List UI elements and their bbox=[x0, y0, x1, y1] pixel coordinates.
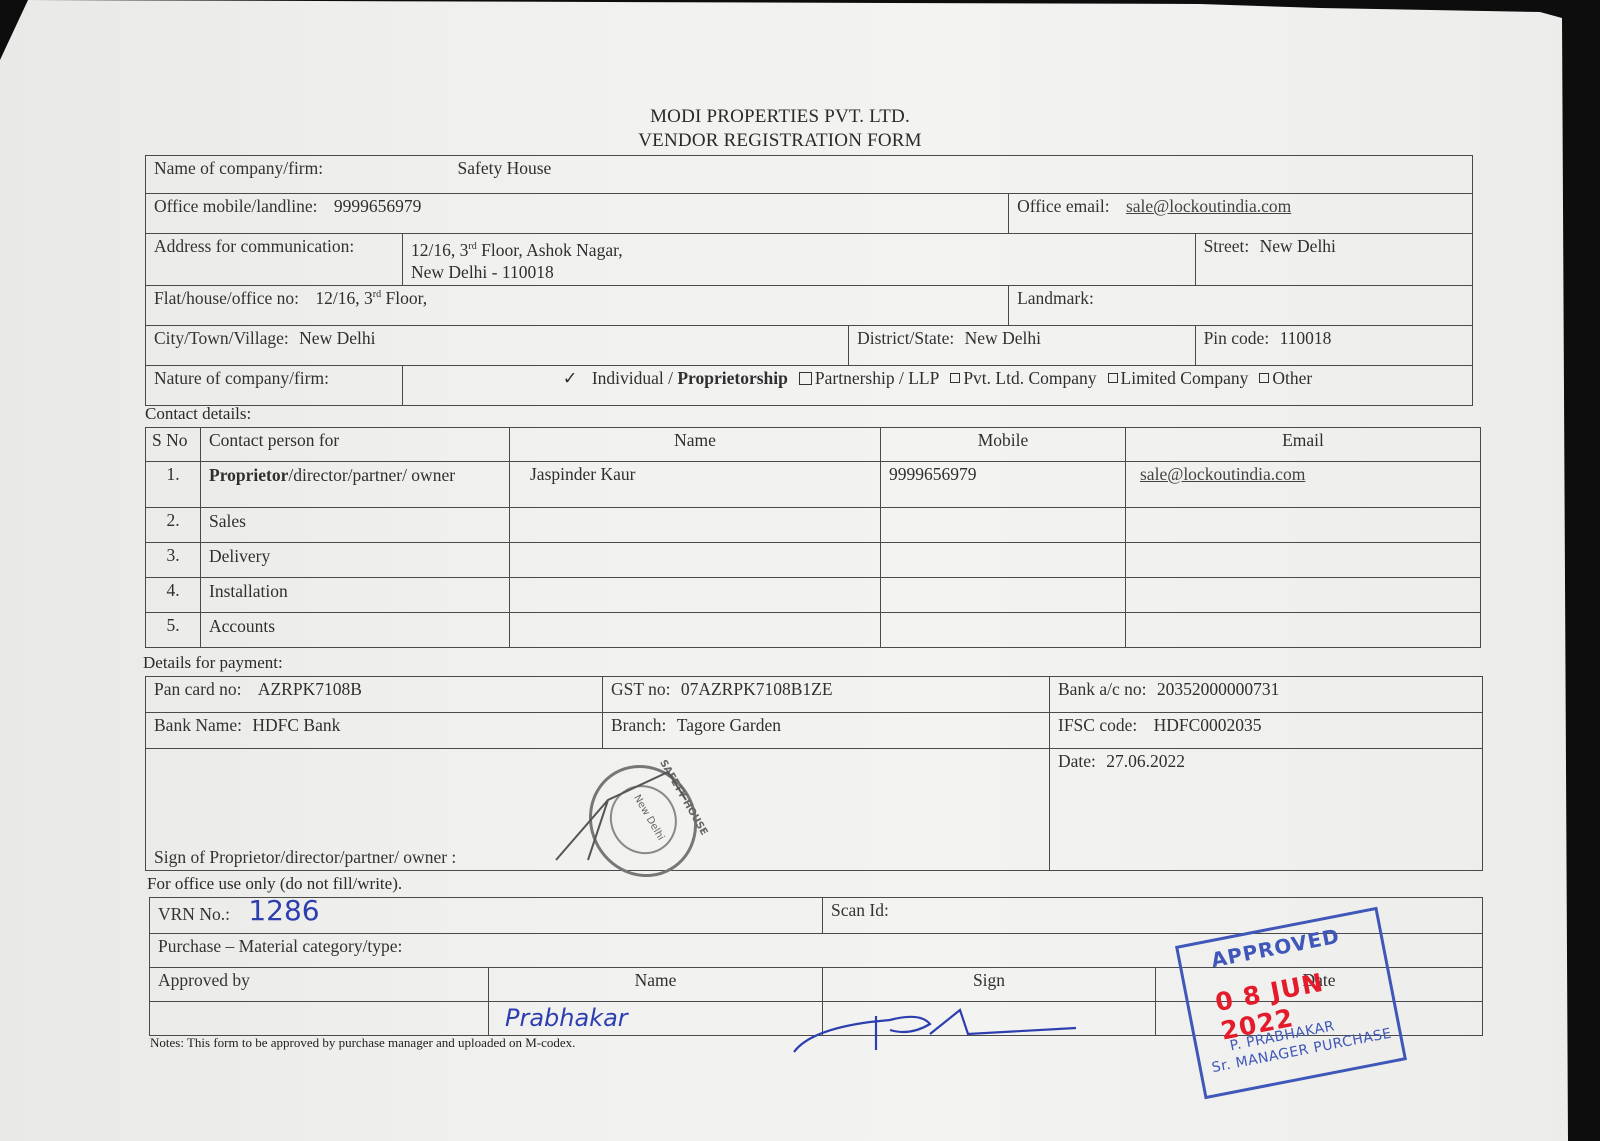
landmark-field: Landmark: bbox=[1009, 285, 1473, 325]
gst-value: 07AZRPK7108B1ZE bbox=[681, 679, 833, 699]
ifsc-field: IFSC code: HDFC0002035 bbox=[1050, 713, 1483, 749]
scan-id-label: Scan Id: bbox=[831, 900, 889, 920]
cell-name bbox=[510, 543, 881, 578]
pan-label: Pan card no: bbox=[154, 679, 241, 699]
account-field: Bank a/c no: 20352000000731 bbox=[1050, 677, 1483, 713]
branch-label: Branch: bbox=[611, 715, 666, 735]
district-field: District/State: New Delhi bbox=[849, 325, 1196, 365]
cell-mobile bbox=[881, 613, 1126, 648]
flat-value: 12/16, 3rd Floor, bbox=[315, 288, 427, 308]
city-field: City/Town/Village: New Delhi bbox=[146, 325, 849, 365]
cell-sno: 2. bbox=[146, 508, 201, 543]
branch-field: Branch: Tagore Garden bbox=[603, 713, 1050, 749]
nature-option-label: Limited Company bbox=[1121, 368, 1249, 388]
cell-sno: 3. bbox=[146, 543, 201, 578]
office-mobile-field: Office mobile/landline: 9999656979 bbox=[146, 194, 1009, 234]
district-label: District/State: bbox=[857, 328, 954, 348]
cell-contact-role: Installation bbox=[201, 578, 510, 613]
vrn-value-handwritten: 1286 bbox=[248, 894, 319, 927]
nature-option-label: Individual / bbox=[592, 368, 678, 388]
nature-option-1[interactable]: Partnership / LLP bbox=[796, 368, 939, 388]
cell-mobile bbox=[881, 508, 1126, 543]
role-text: Installation bbox=[209, 581, 288, 601]
role-bold: Proprietor bbox=[209, 465, 288, 485]
flat-label: Flat/house/office no: bbox=[154, 288, 299, 308]
nature-option-3[interactable]: Limited Company bbox=[1105, 368, 1249, 388]
flat-field: Flat/house/office no: 12/16, 3rd Floor, bbox=[146, 285, 1009, 325]
contact-section-label: Contact details: bbox=[145, 404, 251, 424]
address-value-cell: 12/16, 3rd Floor, Ashok Nagar, New Delhi… bbox=[403, 234, 1196, 286]
role-text: Sales bbox=[209, 511, 246, 531]
header-sno: S No bbox=[146, 428, 201, 462]
table-row: 5.Accounts bbox=[146, 613, 1481, 648]
bank-name-label: Bank Name: bbox=[154, 715, 242, 735]
cell-contact-role: Accounts bbox=[201, 613, 510, 648]
table-row: 2.Sales bbox=[146, 508, 1481, 543]
header-contact-person: Contact person for bbox=[201, 428, 510, 462]
office-email-label: Office email: bbox=[1017, 196, 1109, 216]
approver-name-handwritten: Prabhakar bbox=[505, 1004, 628, 1032]
role-text: Delivery bbox=[209, 546, 270, 566]
gst-field: GST no: 07AZRPK7108B1ZE bbox=[603, 677, 1050, 713]
cell-email bbox=[1126, 613, 1481, 648]
table-row: 3.Delivery bbox=[146, 543, 1481, 578]
cell-mobile bbox=[881, 543, 1126, 578]
checkbox-icon[interactable] bbox=[799, 372, 812, 385]
vrn-label: VRN No.: bbox=[158, 904, 230, 924]
approver-empty-cell bbox=[150, 1002, 489, 1036]
city-value: New Delhi bbox=[299, 328, 375, 348]
nature-option-label: Partnership / LLP bbox=[815, 368, 939, 388]
header-name: Name bbox=[510, 428, 881, 462]
cell-name: Jaspinder Kaur bbox=[510, 462, 881, 508]
cell-sno: 5. bbox=[146, 613, 201, 648]
office-mobile-label: Office mobile/landline: bbox=[154, 196, 317, 216]
table-row: 1.Proprietor/director/partner/ ownerJasp… bbox=[146, 462, 1481, 508]
branch-value: Tagore Garden bbox=[677, 715, 781, 735]
date-field: Date: 27.06.2022 bbox=[1050, 749, 1483, 871]
nature-options: ✓ Individual / ProprietorshipPartnership… bbox=[403, 365, 1473, 405]
date-value: 27.06.2022 bbox=[1106, 751, 1185, 771]
vendor-details-table: Name of company/firm: Safety House Offic… bbox=[145, 155, 1473, 406]
account-value: 20352000000731 bbox=[1157, 679, 1280, 699]
cell-contact-role: Sales bbox=[201, 508, 510, 543]
company-name-label: Name of company/firm: bbox=[154, 158, 323, 178]
approver-name-header: Name bbox=[489, 968, 823, 1002]
payment-table: Pan card no: AZRPK7108B GST no: 07AZRPK7… bbox=[145, 676, 1483, 871]
street-field: Street: New Delhi bbox=[1195, 234, 1472, 286]
street-label: Street: bbox=[1204, 236, 1250, 256]
category-label: Purchase – Material category/type: bbox=[158, 936, 402, 956]
header-email: Email bbox=[1126, 428, 1481, 462]
checkbox-icon[interactable] bbox=[1259, 373, 1269, 383]
cell-contact-role: Proprietor/director/partner/ owner bbox=[201, 462, 510, 508]
checkbox-icon[interactable] bbox=[950, 373, 960, 383]
office-section-label: For office use only (do not fill/write). bbox=[147, 874, 402, 894]
role-text: Accounts bbox=[209, 616, 275, 636]
form-paper: MODI PROPERTIES PVT. LTD. VENDOR REGISTR… bbox=[0, 0, 1600, 1141]
nature-option-4[interactable]: Other bbox=[1256, 368, 1312, 388]
scan-id-field: Scan Id: bbox=[823, 898, 1483, 934]
owner-signature-stroke bbox=[548, 760, 698, 870]
street-value: New Delhi bbox=[1260, 236, 1336, 256]
cell-name bbox=[510, 578, 881, 613]
cell-name bbox=[510, 508, 881, 543]
pin-label: Pin code: bbox=[1204, 328, 1270, 348]
cell-mobile: 9999656979 bbox=[881, 462, 1126, 508]
address-line-2: New Delhi - 110018 bbox=[411, 261, 1187, 283]
district-value: New Delhi bbox=[965, 328, 1041, 348]
company-title: MODI PROPERTIES PVT. LTD. bbox=[0, 106, 1580, 128]
cell-sno: 4. bbox=[146, 578, 201, 613]
contacts-table: S No Contact person for Name Mobile Emai… bbox=[145, 427, 1481, 648]
nature-label-cell: Nature of company/firm: bbox=[146, 365, 403, 405]
cell-email bbox=[1126, 508, 1481, 543]
ifsc-value: HDFC0002035 bbox=[1154, 715, 1262, 735]
payment-section-label: Details for payment: bbox=[143, 653, 283, 673]
company-name-value: Safety House bbox=[458, 158, 552, 178]
landmark-label: Landmark: bbox=[1017, 288, 1094, 308]
pan-value: AZRPK7108B bbox=[258, 679, 362, 699]
office-email-field: Office email: sale@lockoutindia.com bbox=[1009, 194, 1473, 234]
header-mobile: Mobile bbox=[881, 428, 1126, 462]
approver-signature-stroke bbox=[790, 1000, 1090, 1060]
nature-option-label: Other bbox=[1272, 368, 1312, 388]
nature-option-2[interactable]: Pvt. Ltd. Company bbox=[947, 368, 1096, 388]
address-line-1: 12/16, 3rd Floor, Ashok Nagar, bbox=[411, 236, 1187, 261]
pan-field: Pan card no: AZRPK7108B bbox=[146, 677, 603, 713]
nature-option-0[interactable]: ✓ Individual / Proprietorship bbox=[563, 368, 788, 388]
bank-name-value: HDFC Bank bbox=[252, 715, 340, 735]
ifsc-label: IFSC code: bbox=[1058, 715, 1137, 735]
cell-email bbox=[1126, 578, 1481, 613]
date-label: Date: bbox=[1058, 751, 1096, 771]
gst-label: GST no: bbox=[611, 679, 670, 699]
office-mobile-value: 9999656979 bbox=[334, 196, 422, 216]
address-label-cell: Address for communication: bbox=[146, 234, 403, 286]
cell-mobile bbox=[881, 578, 1126, 613]
office-email-link[interactable]: sale@lockoutindia.com bbox=[1126, 196, 1291, 216]
cell-name bbox=[510, 613, 881, 648]
cell-email bbox=[1126, 543, 1481, 578]
company-name-field: Name of company/firm: Safety House bbox=[146, 156, 1473, 194]
check-icon: ✓ bbox=[563, 368, 582, 388]
cell-email: sale@lockoutindia.com bbox=[1126, 462, 1481, 508]
vrn-field: VRN No.: 1286 bbox=[150, 898, 823, 934]
bank-name-field: Bank Name: HDFC Bank bbox=[146, 713, 603, 749]
checkbox-icon[interactable] bbox=[1108, 373, 1118, 383]
owner-signature-label: Sign of Proprietor/director/partner/ own… bbox=[154, 847, 456, 867]
pin-field: Pin code: 110018 bbox=[1195, 325, 1472, 365]
approver-sign-header: Sign bbox=[823, 968, 1156, 1002]
nature-label: Nature of company/firm: bbox=[154, 368, 329, 388]
address-label: Address for communication: bbox=[154, 236, 354, 256]
pin-value: 110018 bbox=[1280, 328, 1332, 348]
account-label: Bank a/c no: bbox=[1058, 679, 1146, 699]
city-label: City/Town/Village: bbox=[154, 328, 289, 348]
cell-contact-role: Delivery bbox=[201, 543, 510, 578]
approved-by-label-cell: Approved by bbox=[150, 968, 489, 1002]
form-title: VENDOR REGISTRATION FORM bbox=[0, 130, 1580, 152]
cell-sno: 1. bbox=[146, 462, 201, 508]
table-row: 4.Installation bbox=[146, 578, 1481, 613]
approved-by-label: Approved by bbox=[158, 970, 250, 990]
contact-email-link[interactable]: sale@lockoutindia.com bbox=[1140, 464, 1305, 484]
nature-option-bold-label: Proprietorship bbox=[677, 368, 788, 388]
approver-name-cell: Prabhakar bbox=[489, 1002, 823, 1036]
role-text: /director/partner/ owner bbox=[288, 465, 455, 485]
nature-option-label: Pvt. Ltd. Company bbox=[963, 368, 1096, 388]
form-notes: Notes: This form to be approved by purch… bbox=[150, 1035, 575, 1051]
